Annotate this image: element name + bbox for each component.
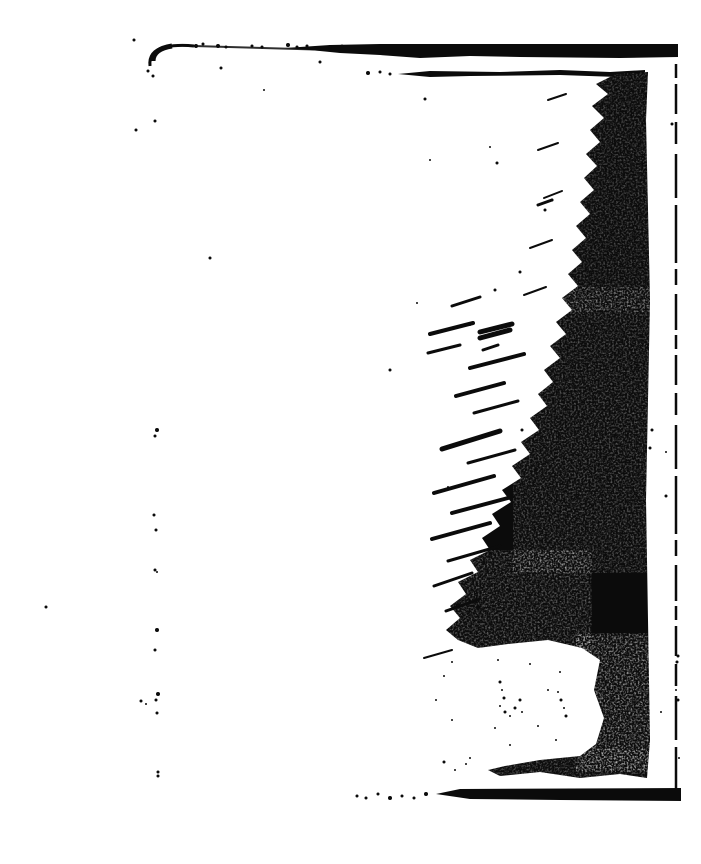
ink-speck bbox=[194, 44, 198, 48]
ink-speck bbox=[389, 369, 392, 372]
ink-streak bbox=[456, 383, 504, 396]
grain-patch bbox=[520, 300, 652, 560]
ink-blob-grain bbox=[455, 60, 652, 780]
ink-speck bbox=[509, 715, 511, 717]
ink-speck bbox=[519, 271, 522, 274]
ink-speck bbox=[465, 763, 467, 765]
ink-speck bbox=[551, 199, 554, 202]
ink-speck bbox=[225, 46, 228, 49]
ink-speck bbox=[154, 120, 157, 123]
ink-streak bbox=[424, 650, 452, 658]
top-border-bar bbox=[285, 44, 678, 58]
ink-speck bbox=[547, 689, 549, 691]
ink-speck bbox=[377, 793, 380, 796]
ink-speck bbox=[155, 699, 158, 702]
ink-speck bbox=[341, 45, 344, 48]
ink-speck bbox=[649, 447, 652, 450]
ink-speck bbox=[209, 257, 212, 260]
ink-streak bbox=[474, 401, 518, 413]
ink-speck bbox=[154, 435, 157, 438]
ink-speck bbox=[499, 681, 502, 684]
ink-speck bbox=[503, 697, 506, 700]
ink-speck bbox=[263, 89, 265, 91]
ink-speck bbox=[443, 675, 445, 677]
ink-speck bbox=[489, 146, 491, 148]
ink-speck bbox=[677, 655, 680, 658]
grain-patch bbox=[580, 640, 652, 765]
ink-speck bbox=[401, 795, 404, 798]
ink-speck bbox=[261, 46, 264, 49]
ink-speck bbox=[153, 514, 156, 517]
ink-speck bbox=[202, 43, 205, 46]
ink-speck bbox=[328, 45, 332, 49]
ink-speck bbox=[156, 571, 158, 573]
ink-speck bbox=[476, 605, 480, 609]
ink-speck bbox=[499, 705, 501, 707]
scan-artwork bbox=[0, 0, 701, 864]
grain-patch bbox=[488, 750, 650, 780]
ink-streak bbox=[452, 297, 480, 306]
ink-streak bbox=[428, 345, 460, 353]
ink-speck bbox=[469, 757, 471, 759]
ink-speck bbox=[560, 699, 563, 702]
ink-streak bbox=[524, 287, 546, 295]
ink-speck bbox=[565, 715, 568, 718]
ink-speck bbox=[535, 469, 538, 472]
ink-speck bbox=[494, 289, 497, 292]
ink-speck bbox=[45, 606, 48, 609]
ink-speck bbox=[454, 769, 456, 771]
ink-speck bbox=[563, 707, 565, 709]
ink-speck bbox=[497, 659, 499, 661]
ink-speck bbox=[509, 744, 511, 746]
ink-speck bbox=[519, 699, 522, 702]
ink-speck bbox=[678, 757, 680, 759]
ink-speck bbox=[379, 71, 382, 74]
ink-speck bbox=[296, 46, 299, 49]
ink-speck bbox=[469, 626, 471, 628]
ink-streak bbox=[470, 354, 524, 368]
ink-speck bbox=[501, 689, 503, 691]
ink-speck bbox=[216, 44, 220, 48]
ink-speck bbox=[133, 39, 136, 42]
ink-speck bbox=[494, 727, 496, 729]
ink-speck bbox=[135, 129, 138, 132]
ink-streak bbox=[442, 431, 500, 449]
ink-speck bbox=[451, 719, 453, 721]
ink-speck bbox=[306, 45, 309, 48]
scanned-page bbox=[0, 0, 701, 864]
ink-speck bbox=[509, 589, 512, 592]
ink-speck bbox=[413, 797, 416, 800]
ink-speck bbox=[660, 711, 662, 713]
ink-streak bbox=[434, 476, 494, 493]
ink-streak bbox=[538, 200, 552, 205]
ink-streak bbox=[538, 143, 558, 150]
ink-speck bbox=[555, 739, 557, 741]
ink-speck bbox=[473, 613, 475, 615]
ink-speck bbox=[504, 711, 507, 714]
ink-speck bbox=[145, 703, 147, 705]
ink-speck bbox=[319, 61, 322, 64]
ink-speck bbox=[443, 761, 446, 764]
ink-speck bbox=[451, 661, 453, 663]
ink-speck bbox=[424, 792, 428, 796]
ink-speck bbox=[496, 162, 499, 165]
ink-speck bbox=[154, 569, 157, 572]
inner-border-line bbox=[398, 70, 645, 78]
ink-speck bbox=[676, 661, 679, 664]
ink-speck bbox=[154, 649, 157, 652]
ink-speck bbox=[157, 775, 160, 778]
ink-speck bbox=[416, 302, 418, 304]
ink-speck bbox=[155, 628, 159, 632]
ink-speck bbox=[152, 75, 155, 78]
ink-speck bbox=[665, 495, 668, 498]
ink-speck bbox=[435, 699, 437, 701]
ink-speck bbox=[521, 429, 524, 432]
ink-speck bbox=[521, 711, 523, 713]
ink-speck bbox=[544, 209, 547, 212]
ink-speck bbox=[665, 451, 667, 453]
ink-speck bbox=[557, 691, 559, 693]
grain-patch bbox=[556, 60, 652, 300]
ink-speck bbox=[147, 70, 150, 73]
ink-streak bbox=[483, 345, 498, 350]
ink-speck bbox=[469, 324, 471, 326]
ink-speck bbox=[156, 692, 160, 696]
ink-speck bbox=[140, 700, 143, 703]
ink-speck bbox=[559, 671, 561, 673]
ink-speck bbox=[155, 529, 158, 532]
ink-speck bbox=[675, 689, 677, 691]
ink-streak bbox=[544, 191, 562, 198]
ink-speck bbox=[389, 73, 392, 76]
ink-streak bbox=[468, 450, 515, 463]
ink-speck bbox=[447, 486, 449, 488]
ink-speck bbox=[155, 428, 159, 432]
ink-speck bbox=[220, 67, 223, 70]
ink-speck bbox=[636, 364, 639, 367]
ink-speck bbox=[671, 123, 674, 126]
border-hook-thick bbox=[153, 46, 172, 61]
ink-speck bbox=[677, 699, 680, 702]
ink-speck bbox=[388, 796, 392, 800]
ink-speck bbox=[156, 712, 159, 715]
ink-streak bbox=[530, 240, 552, 248]
ink-speck bbox=[286, 43, 290, 47]
ink-speck bbox=[537, 725, 539, 727]
ink-speck bbox=[651, 429, 654, 432]
bottom-border-bar bbox=[436, 788, 681, 801]
ink-speck bbox=[529, 663, 531, 665]
ink-speck bbox=[251, 45, 254, 48]
ink-speck bbox=[365, 797, 368, 800]
ink-streak bbox=[430, 323, 473, 334]
ink-speck bbox=[366, 71, 370, 75]
ink-speck bbox=[429, 159, 431, 161]
ink-streak bbox=[432, 523, 490, 539]
ink-speck bbox=[356, 795, 359, 798]
ink-streak bbox=[548, 94, 566, 100]
ink-speck bbox=[157, 771, 160, 774]
ink-speck bbox=[514, 707, 517, 710]
ink-speck bbox=[424, 98, 427, 101]
